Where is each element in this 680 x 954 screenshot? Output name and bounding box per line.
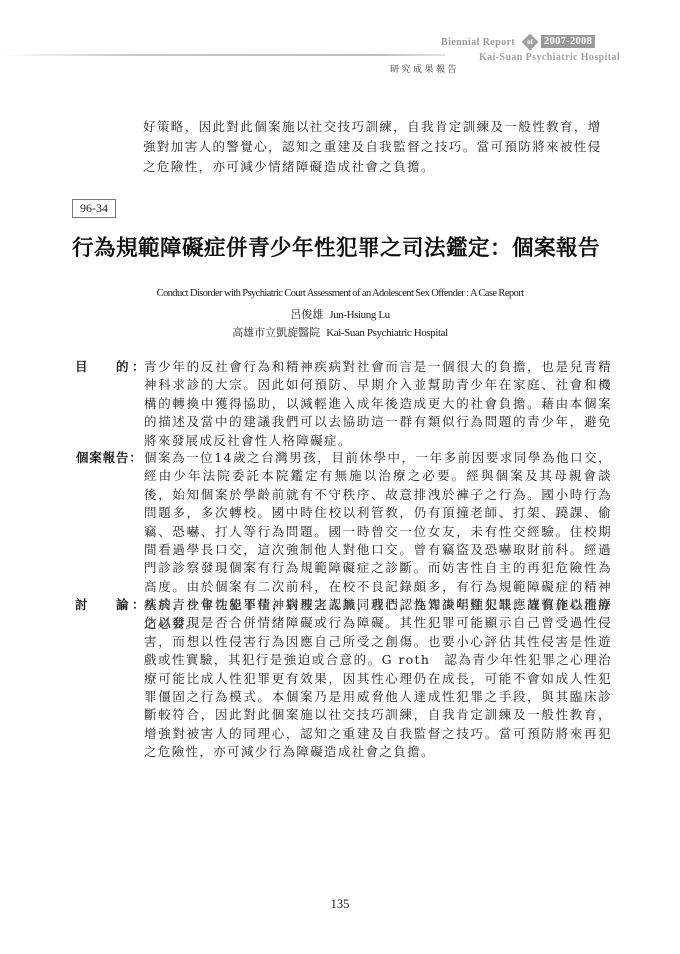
label-char-2: 的 <box>116 358 129 376</box>
affiliation-en: Kai-Suan Psychiatric Hospital <box>326 327 448 339</box>
label-char-1: 討 <box>75 596 88 614</box>
header-report-label: Biennial Report <box>441 37 515 48</box>
article-title-zh: 行為規範障礙症併青少年性犯罪之司法鑑定：個案報告 <box>72 231 632 262</box>
label-char-2: 論 <box>116 596 129 614</box>
section-body-purpose: 青少年的反社會行為和精神疾病對社會而言是一個很大的負擔，也是兒青精神科求診的大宗… <box>144 358 612 450</box>
header-hospital-name: Kai-Suan Psychiatric Hospital <box>479 52 620 63</box>
header-of-diamond-icon: of <box>522 34 539 51</box>
affiliation-line: 高雄市立凱旋醫院Kai-Suan Psychiatric Hospital <box>0 324 680 340</box>
article-code-box: 96-34 <box>72 199 116 218</box>
author-name-en: Jun-Hsiung Lu <box>329 309 390 321</box>
header-years-badge: 2007-2008 <box>541 35 595 48</box>
article-title-en: Conduct Disorder with Psychiatric Court … <box>0 288 680 299</box>
section-discussion: 討 論 ： 基於青少年性犯罪精神病理之認識，我們認為青少年性犯罪應謹慎作心理評估… <box>72 596 612 762</box>
section-body-discussion: 基於青少年性犯罪精神病理之認識，我們認為青少年性犯罪應謹慎作心理評估以發現是否合… <box>144 596 612 762</box>
header-rule <box>0 54 445 56</box>
header-section-name: 研究成果報告 <box>390 62 459 75</box>
section-label-case-report: 個案報告： <box>76 449 144 467</box>
label-colon: ： <box>132 596 145 614</box>
label-char-1: 目 <box>75 358 88 376</box>
affiliation-zh: 高雄市立凱旋醫院 <box>232 326 320 339</box>
header-of-badge: of <box>524 36 536 48</box>
continuation-paragraph: 好策略，因此對此個案施以社交技巧訓練，自我肯定訓練及一般性教育，增強對加害人的警… <box>143 117 613 177</box>
label-colon: ： <box>132 358 145 376</box>
author-name-zh: 呂俊雄 <box>290 308 323 321</box>
section-purpose: 目 的 ： 青少年的反社會行為和精神疾病對社會而言是一個很大的負擔，也是兒青精神… <box>72 358 612 450</box>
page-number: 135 <box>0 897 680 912</box>
author-line: 呂俊雄Jun-Hsiung Lu <box>0 306 680 322</box>
